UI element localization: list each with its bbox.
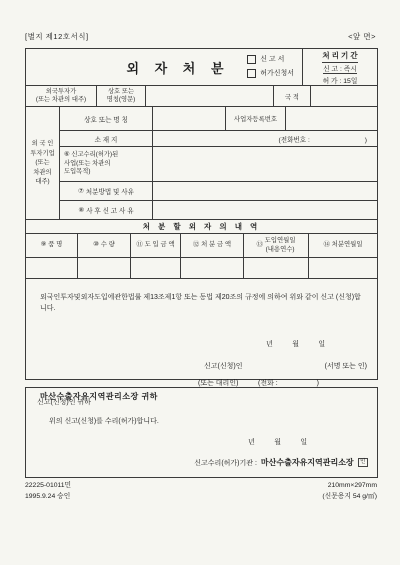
- col-disposal-amount: ⑫ 처 분 금 액: [181, 234, 244, 257]
- doc-code: 22225-01011민: [25, 481, 71, 492]
- trade-name-row: 상호 또는 명 칭 사업자등록번호: [60, 107, 377, 131]
- import-date-field[interactable]: [244, 258, 309, 278]
- report-option[interactable]: 신 고 서: [247, 54, 294, 64]
- disposal-table-row: [26, 258, 377, 279]
- trade-name-en-label: 상호 또는 명칭(영문): [97, 86, 146, 106]
- col-item-name: ⑨ 품 명: [26, 234, 78, 257]
- address-label: 소 재 지: [60, 131, 153, 146]
- processing-period-cell: 처 리 기 간 신 고 : 즉시 허 가 : 15일: [303, 49, 377, 85]
- trade-name-label: 상호 또는 명 칭: [60, 107, 153, 130]
- paper-size: 210mm×297mm: [322, 481, 377, 492]
- form-page: [별지 제12호서식] <앞 면> 외 자 처 분 신 고 서 허가신청서: [0, 0, 400, 565]
- doc-type-checkboxes: 신 고 서 허가신청서: [247, 54, 294, 78]
- address-field[interactable]: (전화번호 : ): [153, 131, 377, 146]
- col-disposal-date: ⑭ 처분연월일: [309, 234, 377, 257]
- foreign-investor-label: 외국투자가 (또는 차관의 대주): [26, 86, 97, 106]
- acceptance-date-line: 년 월 일: [248, 437, 307, 447]
- quantity-field[interactable]: [78, 258, 131, 278]
- footer-left: 22225-01011민 1995.9.24 승인: [25, 481, 71, 503]
- applicant-label: 신고(신청)인: [204, 361, 242, 371]
- permit-checkbox-icon[interactable]: [247, 69, 256, 78]
- acceptance-body: 위의 신고(신청)를 수리(허가)합니다.: [49, 416, 159, 426]
- disposal-table-header: ⑨ 품 명 ⑩ 수 량 ⑪ 도 입 금 액 ⑫ 처 분 금 액 ⑬ 도입연월일 …: [26, 234, 377, 258]
- report-checkbox-label: 신 고 서: [260, 54, 284, 64]
- post-report-reason-field[interactable]: [153, 201, 377, 219]
- form-title: 외 자 처 분: [126, 58, 229, 77]
- company-block: 외 국 인 투자기업 (또는 차관의 대주) 상호 또는 명 칭 사업자등록번호…: [26, 107, 377, 220]
- form-header-row: 외 자 처 분 신 고 서 허가신청서 처 리 기 간 신 고 : 즉시 허 가…: [26, 49, 377, 86]
- disposal-amount-field[interactable]: [181, 258, 244, 278]
- disposal-section-title: 처 분 할 외 자 의 내 역: [26, 220, 377, 234]
- foreign-investor-row: 외국투자가 (또는 차관의 대주) 상호 또는 명칭(영문) 국 적: [26, 86, 377, 107]
- item-name-field[interactable]: [26, 258, 78, 278]
- col-quantity: ⑩ 수 량: [78, 234, 131, 257]
- business-reg-no-label: 사업자등록번호: [226, 107, 286, 130]
- col-import-amount: ⑪ 도 입 금 액: [131, 234, 181, 257]
- trade-name-en-field[interactable]: [146, 86, 274, 106]
- processing-report-time: 신 고 : 즉시: [323, 63, 357, 75]
- processing-period-title: 처 리 기 간: [322, 49, 357, 63]
- main-form-box: 외 자 처 분 신 고 서 허가신청서 처 리 기 간 신 고 : 즉시 허 가…: [25, 48, 378, 380]
- col-import-date: ⑬ 도입연월일 (내용연수): [244, 234, 309, 257]
- seal-mark-icon: 인: [358, 458, 368, 468]
- permit-checkbox-label: 허가신청서: [260, 68, 294, 78]
- acceptance-addressee: 신고(신청)인 귀하: [37, 397, 91, 407]
- paper-spec: (신문용지 54 g/㎡): [322, 492, 377, 503]
- declaration-section: 외국인투자및외자도입에관한법률 제13조제1항 또는 동법 제20조의 규정에 …: [26, 279, 377, 379]
- approval-date: 1995.9.24 승인: [25, 492, 71, 503]
- import-amount-field[interactable]: [131, 258, 181, 278]
- nationality-label: 국 적: [274, 86, 311, 106]
- disposal-method-label: ⑦ 처분방법 및 사유: [60, 182, 153, 200]
- signature-note: (서명 또는 인): [325, 361, 367, 371]
- address-row: 소 재 지 (전화번호 : ): [60, 131, 377, 147]
- post-report-reason-label: ⑧ 사 후 신 고 사 유: [60, 201, 153, 219]
- post-report-reason-row: ⑧ 사 후 신 고 사 유: [60, 201, 377, 219]
- approved-business-field[interactable]: [153, 147, 377, 181]
- disposal-method-field[interactable]: [153, 182, 377, 200]
- title-cell: 외 자 처 분 신 고 서 허가신청서: [26, 49, 303, 85]
- report-checkbox-icon[interactable]: [247, 55, 256, 64]
- trade-name-field[interactable]: [153, 107, 226, 130]
- acceptance-org-label: 신고수리(허가)기관 :: [194, 458, 257, 468]
- footer-right: 210mm×297mm (신문용지 54 g/㎡): [322, 481, 377, 503]
- acceptance-box: 신고(신청)인 귀하 위의 신고(신청)를 수리(허가)합니다. 년 월 일 신…: [25, 387, 378, 478]
- approved-business-label: ⑥ 신고수리(허가)된 사업(또는 차관의 도입목적): [60, 147, 153, 181]
- declaration-date-line: 년 월 일: [266, 339, 325, 349]
- acceptance-org-name: 마산수출자유지역관리소장: [261, 457, 354, 468]
- approved-business-row: ⑥ 신고수리(허가)된 사업(또는 차관의 도입목적): [60, 147, 377, 182]
- processing-permit-time: 허 가 : 15일: [323, 74, 358, 85]
- business-reg-no-field[interactable]: [286, 107, 377, 130]
- declaration-body: 외국인투자및외자도입에관한법률 제13조제1항 또는 동법 제20조의 규정에 …: [40, 293, 365, 315]
- page-side-note: <앞 면>: [348, 31, 376, 42]
- company-sub-rows: 상호 또는 명 칭 사업자등록번호 소 재 지 (전화번호 : ) ⑥ 신고수리…: [60, 107, 377, 219]
- disposal-date-field[interactable]: [309, 258, 377, 278]
- company-side-label: 외 국 인 투자기업 (또는 차관의 대주): [26, 107, 60, 219]
- disposal-method-row: ⑦ 처분방법 및 사유: [60, 182, 377, 201]
- acceptance-org-line: 신고수리(허가)기관 : 마산수출자유지역관리소장 인: [194, 457, 368, 468]
- nationality-field[interactable]: [311, 86, 377, 106]
- form-code-note: [별지 제12호서식]: [25, 31, 89, 42]
- permit-option[interactable]: 허가신청서: [247, 68, 294, 78]
